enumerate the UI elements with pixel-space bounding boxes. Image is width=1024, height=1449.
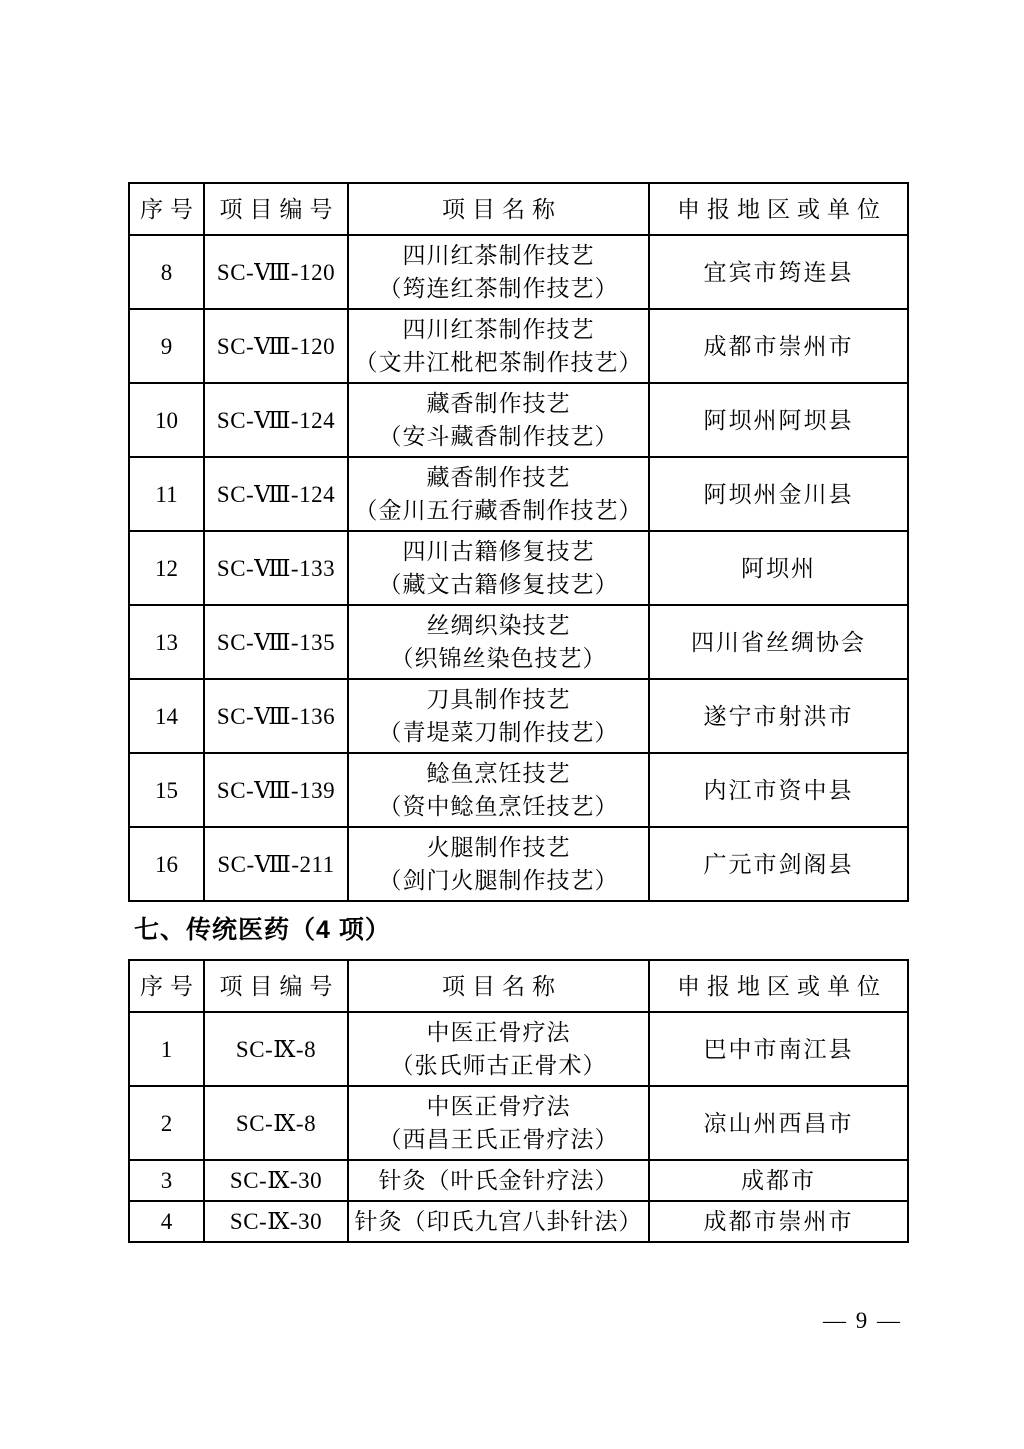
project-name-line: （金川五行藏香制作技艺）: [351, 494, 646, 527]
header-project-code: 项目编号: [204, 960, 348, 1012]
row-number-cell: 14: [129, 679, 204, 753]
table-row: 11SC-Ⅷ-124藏香制作技艺（金川五行藏香制作技艺）阿坝州金川县: [129, 457, 908, 531]
project-code-cell: SC-Ⅷ-133: [204, 531, 348, 605]
traditional-medicine-table: 序号 项目编号 项目名称 申报地区或单位 1SC-Ⅸ-8中医正骨疗法（张氏师古正…: [128, 959, 909, 1243]
row-number-cell: 8: [129, 235, 204, 309]
applicant-cell: 宜宾市筠连县: [649, 235, 908, 309]
project-name-cell: 中医正骨疗法（西昌王氏正骨疗法）: [348, 1086, 649, 1160]
project-name-cell: 藏香制作技艺（金川五行藏香制作技艺）: [348, 457, 649, 531]
project-name-line: （剑门火腿制作技艺）: [351, 864, 646, 897]
project-code-cell: SC-Ⅷ-120: [204, 235, 348, 309]
project-name-line: 火腿制作技艺: [351, 831, 646, 864]
table-row: 14SC-Ⅷ-136刀具制作技艺（青堤菜刀制作技艺）遂宁市射洪市: [129, 679, 908, 753]
header-serial-number: 序号: [129, 960, 204, 1012]
row-number-cell: 13: [129, 605, 204, 679]
project-name-line: （安斗藏香制作技艺）: [351, 420, 646, 453]
project-name-line: 针灸（印氏九宫八卦针法）: [351, 1205, 646, 1238]
header-applicant-region: 申报地区或单位: [649, 960, 908, 1012]
project-name-line: （资中鲶鱼烹饪技艺）: [351, 790, 646, 823]
project-code-cell: SC-Ⅸ-8: [204, 1012, 348, 1086]
crafts-projects-table: 序号 项目编号 项目名称 申报地区或单位 8SC-Ⅷ-120四川红茶制作技艺（筠…: [128, 182, 909, 902]
project-name-line: （织锦丝染色技艺）: [351, 642, 646, 675]
table-header-row: 序号 项目编号 项目名称 申报地区或单位: [129, 960, 908, 1012]
header-project-name: 项目名称: [348, 960, 649, 1012]
project-name-cell: 刀具制作技艺（青堤菜刀制作技艺）: [348, 679, 649, 753]
row-number-cell: 9: [129, 309, 204, 383]
project-name-line: 四川红茶制作技艺: [351, 239, 646, 272]
project-code-cell: SC-Ⅷ-124: [204, 457, 348, 531]
table-row: 3SC-Ⅸ-30针灸（叶氏金针疗法）成都市: [129, 1160, 908, 1201]
table-row: 13SC-Ⅷ-135丝绸织染技艺（织锦丝染色技艺）四川省丝绸协会: [129, 605, 908, 679]
section-seven-heading: 七、传统医药（4 项）: [134, 915, 907, 945]
project-name-line: （文井江枇杷茶制作技艺）: [351, 346, 646, 379]
project-name-line: 四川古籍修复技艺: [351, 535, 646, 568]
page-number: — 9 —: [823, 1308, 902, 1334]
table-row: 9SC-Ⅷ-120四川红茶制作技艺（文井江枇杷茶制作技艺）成都市崇州市: [129, 309, 908, 383]
project-name-cell: 中医正骨疗法（张氏师古正骨术）: [348, 1012, 649, 1086]
project-code-cell: SC-Ⅷ-135: [204, 605, 348, 679]
table-row: 2SC-Ⅸ-8中医正骨疗法（西昌王氏正骨疗法）凉山州西昌市: [129, 1086, 908, 1160]
project-code-cell: SC-Ⅷ-124: [204, 383, 348, 457]
row-number-cell: 3: [129, 1160, 204, 1201]
project-name-line: 四川红茶制作技艺: [351, 313, 646, 346]
table-header-row: 序号 项目编号 项目名称 申报地区或单位: [129, 183, 908, 235]
applicant-cell: 阿坝州金川县: [649, 457, 908, 531]
project-name-cell: 四川红茶制作技艺（筠连红茶制作技艺）: [348, 235, 649, 309]
project-name-line: （青堤菜刀制作技艺）: [351, 716, 646, 749]
applicant-cell: 成都市: [649, 1160, 908, 1201]
row-number-cell: 11: [129, 457, 204, 531]
project-name-line: （筠连红茶制作技艺）: [351, 272, 646, 305]
header-serial-number: 序号: [129, 183, 204, 235]
row-number-cell: 16: [129, 827, 204, 901]
applicant-cell: 四川省丝绸协会: [649, 605, 908, 679]
project-name-cell: 丝绸织染技艺（织锦丝染色技艺）: [348, 605, 649, 679]
row-number-cell: 15: [129, 753, 204, 827]
project-code-cell: SC-Ⅸ-8: [204, 1086, 348, 1160]
project-code-cell: SC-Ⅷ-120: [204, 309, 348, 383]
project-code-cell: SC-Ⅷ-139: [204, 753, 348, 827]
applicant-cell: 遂宁市射洪市: [649, 679, 908, 753]
project-name-line: （西昌王氏正骨疗法）: [351, 1123, 646, 1156]
table-row: 12SC-Ⅷ-133四川古籍修复技艺（藏文古籍修复技艺）阿坝州: [129, 531, 908, 605]
project-code-cell: SC-Ⅸ-30: [204, 1160, 348, 1201]
project-name-line: （藏文古籍修复技艺）: [351, 568, 646, 601]
project-name-cell: 针灸（印氏九宫八卦针法）: [348, 1201, 649, 1242]
project-name-line: 针灸（叶氏金针疗法）: [351, 1164, 646, 1197]
project-name-cell: 火腿制作技艺（剑门火腿制作技艺）: [348, 827, 649, 901]
applicant-cell: 巴中市南江县: [649, 1012, 908, 1086]
table-row: 16SC-Ⅷ-211火腿制作技艺（剑门火腿制作技艺）广元市剑阁县: [129, 827, 908, 901]
project-name-cell: 四川红茶制作技艺（文井江枇杷茶制作技艺）: [348, 309, 649, 383]
project-name-line: 藏香制作技艺: [351, 461, 646, 494]
table-row: 1SC-Ⅸ-8中医正骨疗法（张氏师古正骨术）巴中市南江县: [129, 1012, 908, 1086]
header-project-code: 项目编号: [204, 183, 348, 235]
project-name-line: 中医正骨疗法: [351, 1090, 646, 1123]
row-number-cell: 2: [129, 1086, 204, 1160]
project-code-cell: SC-Ⅷ-136: [204, 679, 348, 753]
project-name-line: 藏香制作技艺: [351, 387, 646, 420]
applicant-cell: 广元市剑阁县: [649, 827, 908, 901]
project-name-line: 鲶鱼烹饪技艺: [351, 757, 646, 790]
applicant-cell: 凉山州西昌市: [649, 1086, 908, 1160]
project-name-cell: 四川古籍修复技艺（藏文古籍修复技艺）: [348, 531, 649, 605]
row-number-cell: 12: [129, 531, 204, 605]
header-applicant-region: 申报地区或单位: [649, 183, 908, 235]
project-code-cell: SC-Ⅸ-30: [204, 1201, 348, 1242]
project-code-cell: SC-Ⅷ-211: [204, 827, 348, 901]
table-row: 10SC-Ⅷ-124藏香制作技艺（安斗藏香制作技艺）阿坝州阿坝县: [129, 383, 908, 457]
applicant-cell: 阿坝州: [649, 531, 908, 605]
project-name-line: （张氏师古正骨术）: [351, 1049, 646, 1082]
row-number-cell: 1: [129, 1012, 204, 1086]
project-name-cell: 针灸（叶氏金针疗法）: [348, 1160, 649, 1201]
project-name-cell: 藏香制作技艺（安斗藏香制作技艺）: [348, 383, 649, 457]
project-name-cell: 鲶鱼烹饪技艺（资中鲶鱼烹饪技艺）: [348, 753, 649, 827]
project-name-line: 丝绸织染技艺: [351, 609, 646, 642]
table-row: 15SC-Ⅷ-139鲶鱼烹饪技艺（资中鲶鱼烹饪技艺）内江市资中县: [129, 753, 908, 827]
table-row: 4SC-Ⅸ-30针灸（印氏九宫八卦针法）成都市崇州市: [129, 1201, 908, 1242]
header-project-name: 项目名称: [348, 183, 649, 235]
table-row: 8SC-Ⅷ-120四川红茶制作技艺（筠连红茶制作技艺）宜宾市筠连县: [129, 235, 908, 309]
document-body: 序号 项目编号 项目名称 申报地区或单位 8SC-Ⅷ-120四川红茶制作技艺（筠…: [128, 182, 907, 1243]
applicant-cell: 成都市崇州市: [649, 1201, 908, 1242]
applicant-cell: 阿坝州阿坝县: [649, 383, 908, 457]
applicant-cell: 成都市崇州市: [649, 309, 908, 383]
row-number-cell: 4: [129, 1201, 204, 1242]
row-number-cell: 10: [129, 383, 204, 457]
project-name-line: 刀具制作技艺: [351, 683, 646, 716]
applicant-cell: 内江市资中县: [649, 753, 908, 827]
project-name-line: 中医正骨疗法: [351, 1016, 646, 1049]
